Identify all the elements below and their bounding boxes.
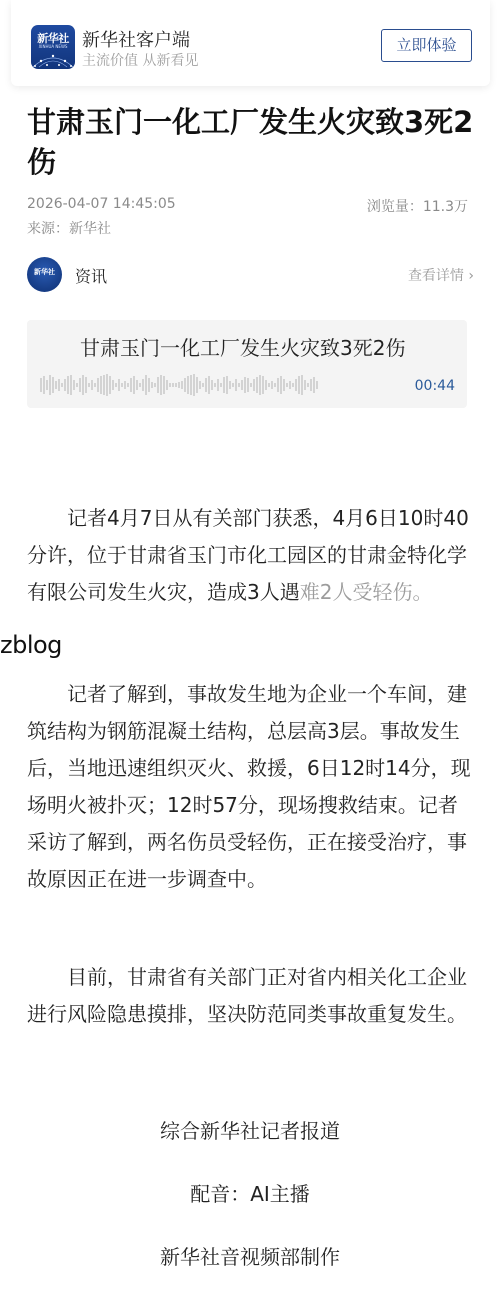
paragraph-text: 目前，甘肃省有关部门正对省内相关化工企业进行风险隐患摸排，坚决防范同类事故重复发… [27,959,477,1033]
network-dots-icon [31,49,75,69]
xinhua-app-logo: 新华社 XINHUA NEWS [31,25,75,69]
paragraph-text-faded: 难2人受轻伤。 [300,580,433,604]
article-paragraph-2: 记者了解到，事故发生地为企业一个车间，建筑结构为钢筋混凝土结构，总层高3层。事故… [27,676,477,898]
avatar-text: 新华社 [27,267,62,277]
audio-player[interactable]: 甘肃玉门一化工厂发生火灾致3死2伤 00:44 [27,320,467,408]
paragraph-text: 记者了解到，事故发生地为企业一个车间，建筑结构为钢筋混凝土结构，总层高3层。事故… [27,676,477,898]
try-now-button[interactable]: 立即体验 [381,29,472,62]
publish-date: 2026-04-07 14:45:05 [27,196,176,212]
app-slogan: 主流价值 从新看见 [82,50,198,70]
view-details-label: 查看详情 [408,268,464,284]
channel-name[interactable]: 资讯 [75,264,107,287]
credit-producer: 新华社音视频部制作 [0,1241,500,1270]
channel-avatar[interactable]: 新华社 [27,257,62,292]
credit-reporter: 综合新华社记者报道 [0,1115,500,1144]
article-title: 甘肃玉门一化工厂发生火灾致3死2伤 [27,102,477,182]
article-source: 来源：新华社 [27,218,111,238]
audio-title: 甘肃玉门一化工厂发生火灾致3死2伤 [80,332,405,361]
chevron-right-icon: › [468,268,474,284]
watermark: zblog [0,631,62,659]
credit-voiceover: 配音：AI主播 [0,1178,500,1207]
audio-duration: 00:44 [415,378,455,394]
article-paragraph-1: 记者4月7日从有关部门获悉，4月6日10时40分许，位于甘肃省玉门市化工园区的甘… [27,500,477,611]
view-count: 浏览量：11.3万 [367,196,468,216]
channel-row: 新华社 资讯 查看详情 › [27,257,474,293]
audio-waveform[interactable] [40,374,400,396]
article-paragraph-3: 目前，甘肃省有关部门正对省内相关化工企业进行风险隐患摸排，坚决防范同类事故重复发… [27,959,477,1033]
app-name: 新华社客户端 [82,26,190,52]
app-download-banner: 新华社 XINHUA NEWS 新华社客户端 主流价值 从新看见 立即体验 [11,0,490,86]
view-details-link[interactable]: 查看详情 › [408,265,474,285]
